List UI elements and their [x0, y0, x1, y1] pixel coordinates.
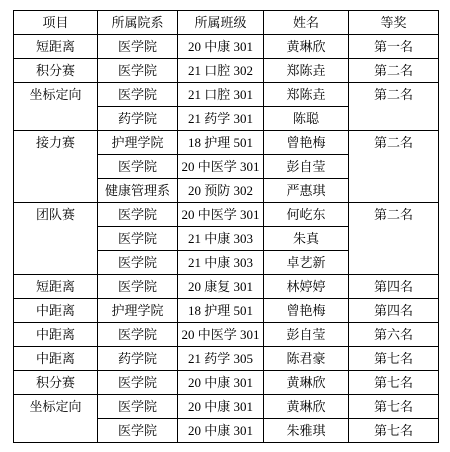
table-cell: 陈聪: [264, 107, 349, 131]
table-cell: 第二名: [349, 83, 439, 131]
table-cell: 20 中康 301: [178, 371, 264, 395]
table-cell: 20 中医学 301: [178, 203, 264, 227]
table-cell: 黄琳欣: [264, 371, 349, 395]
table-cell: 21 药学 305: [178, 347, 264, 371]
table-cell: 护理学院: [98, 299, 178, 323]
table-row: 短距离医学院20 中康 301黄琳欣第一名: [14, 35, 439, 59]
table-cell: 21 药学 301: [178, 107, 264, 131]
table-cell: 林婷婷: [264, 275, 349, 299]
table-cell: 药学院: [98, 107, 178, 131]
document-page: 项目所属院系所属班级姓名等奖 短距离医学院20 中康 301黄琳欣第一名积分赛医…: [0, 0, 450, 452]
table-cell: 20 预防 302: [178, 179, 264, 203]
table-row: 坐标定向医学院20 中康 301黄琳欣第七名: [14, 395, 439, 419]
table-cell: 第四名: [349, 275, 439, 299]
table-cell: 20 中康 301: [178, 419, 264, 443]
table-cell: 彭自莹: [264, 323, 349, 347]
table-cell: 严惠琪: [264, 179, 349, 203]
table-cell: 黄琳欣: [264, 35, 349, 59]
table-row: 中距离医学院20 中医学 301彭自莹第六名: [14, 323, 439, 347]
table-cell: 彭自莹: [264, 155, 349, 179]
table-cell: 朱雅琪: [264, 419, 349, 443]
table-cell: 医学院: [98, 227, 178, 251]
table-cell: 20 中康 301: [178, 395, 264, 419]
table-row: 中距离药学院21 药学 305陈君豪第七名: [14, 347, 439, 371]
table-cell: 医学院: [98, 371, 178, 395]
table-cell: 医学院: [98, 395, 178, 419]
table-cell: 21 口腔 302: [178, 59, 264, 83]
table-cell: 第二名: [349, 59, 439, 83]
table-cell: 陈君豪: [264, 347, 349, 371]
table-cell: 健康管理系: [98, 179, 178, 203]
table-cell: 18 护理 501: [178, 299, 264, 323]
awards-table: 项目所属院系所属班级姓名等奖 短距离医学院20 中康 301黄琳欣第一名积分赛医…: [13, 10, 439, 443]
table-cell: 第七名: [349, 419, 439, 443]
column-header: 所属班级: [178, 11, 264, 35]
table-cell: 21 口腔 301: [178, 83, 264, 107]
table-cell: 18 护理 501: [178, 131, 264, 155]
header-row: 项目所属院系所属班级姓名等奖: [14, 11, 439, 35]
table-row: 坐标定向医学院21 口腔 301郑陈垚第二名: [14, 83, 439, 107]
table-cell: 坐标定向: [14, 83, 98, 131]
table-cell: 曾艳梅: [264, 131, 349, 155]
table-cell: 第七名: [349, 371, 439, 395]
table-cell: 第二名: [349, 131, 439, 203]
table-cell: 药学院: [98, 347, 178, 371]
table-row: 短距离医学院20 康复 301林婷婷第四名: [14, 275, 439, 299]
column-header: 姓名: [264, 11, 349, 35]
table-cell: 医学院: [98, 155, 178, 179]
table-cell: 医学院: [98, 203, 178, 227]
table-cell: 中距离: [14, 299, 98, 323]
table-cell: 郑陈垚: [264, 83, 349, 107]
table-cell: 护理学院: [98, 131, 178, 155]
table-cell: 第七名: [349, 347, 439, 371]
table-row: 积分赛医学院20 中康 301黄琳欣第七名: [14, 371, 439, 395]
table-row: 团队赛医学院20 中医学 301何屹东第二名: [14, 203, 439, 227]
table-cell: 何屹东: [264, 203, 349, 227]
column-header: 项目: [14, 11, 98, 35]
table-cell: 第二名: [349, 203, 439, 275]
table-cell: 曾艳梅: [264, 299, 349, 323]
table-cell: 20 中康 301: [178, 35, 264, 59]
table-cell: 团队赛: [14, 203, 98, 275]
table-cell: 医学院: [98, 59, 178, 83]
table-cell: 医学院: [98, 323, 178, 347]
column-header: 等奖: [349, 11, 439, 35]
table-cell: 短距离: [14, 275, 98, 299]
table-cell: 第六名: [349, 323, 439, 347]
table-cell: 第四名: [349, 299, 439, 323]
table-cell: 医学院: [98, 35, 178, 59]
table-cell: 接力赛: [14, 131, 98, 203]
table-cell: 中距离: [14, 323, 98, 347]
table-cell: 积分赛: [14, 59, 98, 83]
table-row: 积分赛医学院21 口腔 302郑陈垚第二名: [14, 59, 439, 83]
table-row: 接力赛护理学院18 护理 501曾艳梅第二名: [14, 131, 439, 155]
table-cell: 积分赛: [14, 371, 98, 395]
table-cell: 第一名: [349, 35, 439, 59]
table-cell: 21 中康 303: [178, 227, 264, 251]
table-body: 短距离医学院20 中康 301黄琳欣第一名积分赛医学院21 口腔 302郑陈垚第…: [14, 35, 439, 443]
table-cell: 医学院: [98, 419, 178, 443]
table-cell: 坐标定向: [14, 395, 98, 443]
table-cell: 第七名: [349, 395, 439, 419]
table-cell: 医学院: [98, 251, 178, 275]
table-row: 中距离护理学院18 护理 501曾艳梅第四名: [14, 299, 439, 323]
table-cell: 20 中医学 301: [178, 323, 264, 347]
table-cell: 医学院: [98, 83, 178, 107]
column-header: 所属院系: [98, 11, 178, 35]
table-cell: 卓艺新: [264, 251, 349, 275]
table-cell: 医学院: [98, 275, 178, 299]
table-cell: 黄琳欣: [264, 395, 349, 419]
table-header: 项目所属院系所属班级姓名等奖: [14, 11, 439, 35]
table-cell: 中距离: [14, 347, 98, 371]
table-cell: 短距离: [14, 35, 98, 59]
table-cell: 20 中医学 301: [178, 155, 264, 179]
table-cell: 21 中康 303: [178, 251, 264, 275]
table-cell: 郑陈垚: [264, 59, 349, 83]
table-cell: 20 康复 301: [178, 275, 264, 299]
table-cell: 朱真: [264, 227, 349, 251]
